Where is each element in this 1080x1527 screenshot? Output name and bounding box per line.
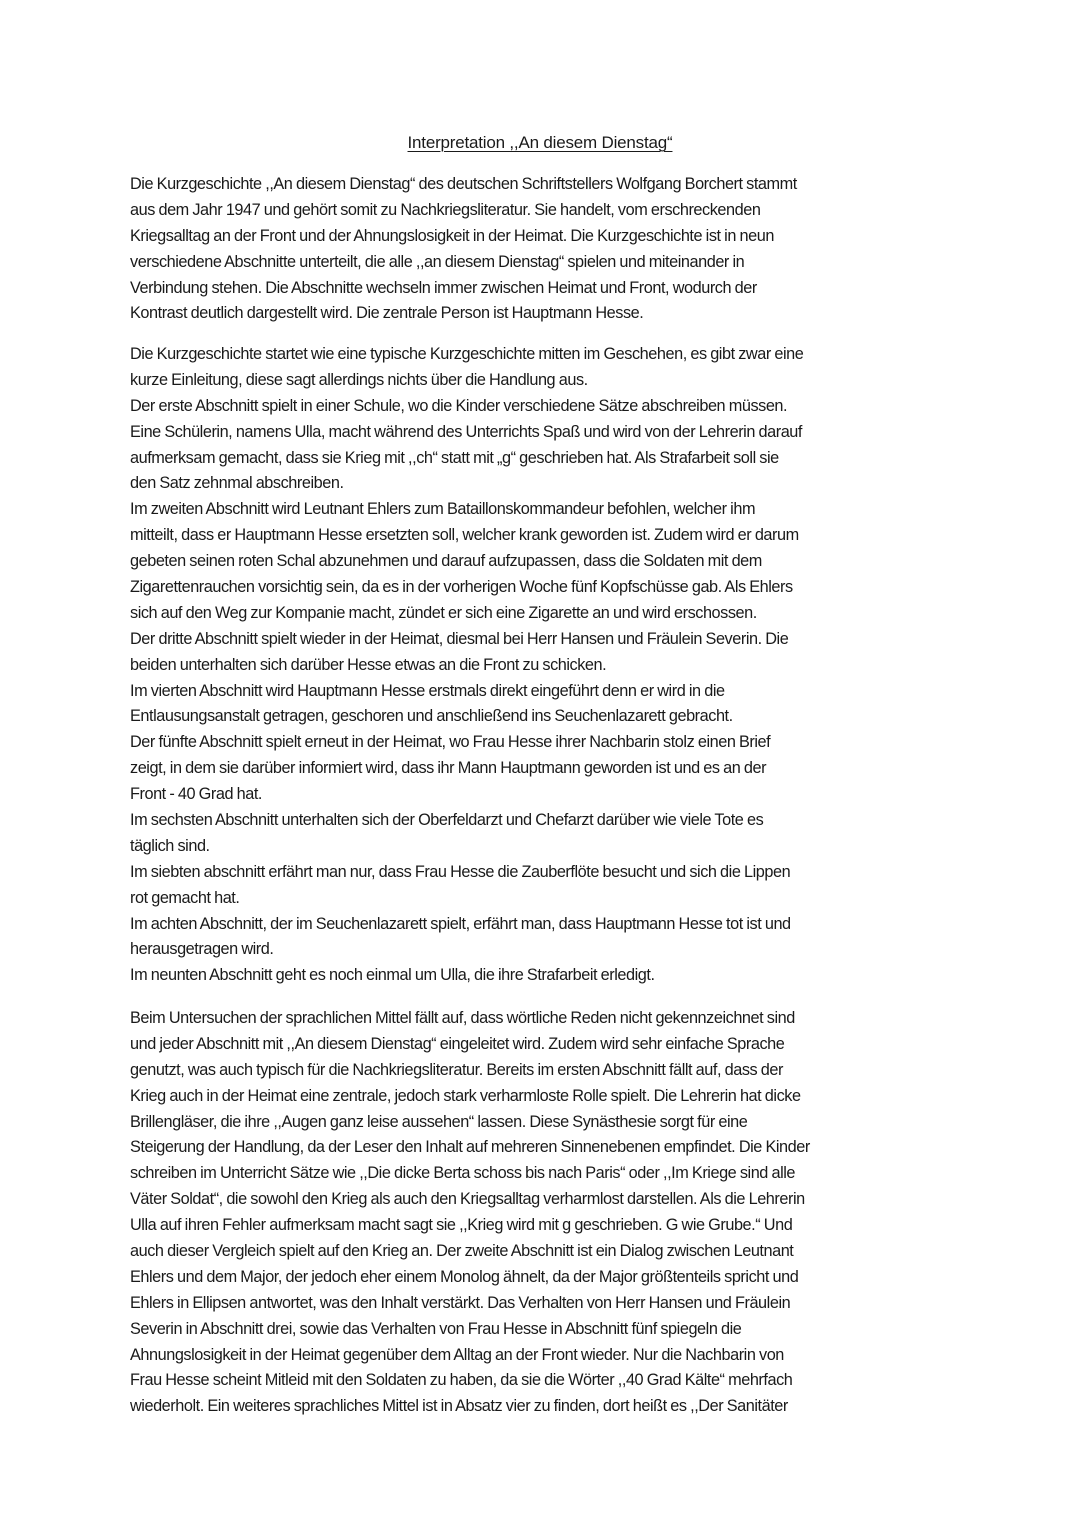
text-line: wiederholt. Ein weiteres sprachliches Mi… (130, 1394, 960, 1420)
text-line: Front - 40 Grad hat. (130, 782, 960, 808)
text-line: Ehlers in Ellipsen antwortet, was den In… (130, 1291, 960, 1317)
text-line: Im achten Abschnitt, der im Seuchenlazar… (130, 912, 960, 938)
text-line: Väter Soldat“, die sowohl den Krieg als … (130, 1187, 960, 1213)
text-line: Die Kurzgeschichte ,,An diesem Dienstag“… (130, 172, 960, 198)
text-line: aus dem Jahr 1947 und gehört somit zu Na… (130, 198, 960, 224)
text-line: Severin in Abschnitt drei, sowie das Ver… (130, 1317, 960, 1343)
paragraph-language-analysis: Beim Untersuchen der sprachlichen Mittel… (130, 1006, 960, 1420)
text-line: aufmerksam gemacht, dass sie Krieg mit ,… (130, 446, 960, 472)
text-line: täglich sind. (130, 834, 960, 860)
text-line: mitteilt, dass er Hauptmann Hesse ersetz… (130, 523, 960, 549)
text-line: Im neunten Abschnitt geht es noch einmal… (130, 963, 960, 989)
text-line: Entlausungsanstalt getragen, geschoren u… (130, 704, 960, 730)
text-line: gebeten seinen roten Schal abzunehmen un… (130, 549, 960, 575)
text-line: Kontrast deutlich dargestellt wird. Die … (130, 301, 960, 327)
text-line: verschiedene Abschnitte unterteilt, die … (130, 250, 960, 276)
document-title-text: Interpretation ,,An diesem Dienstag“ (408, 133, 673, 152)
text-line: beiden unterhalten sich darüber Hesse et… (130, 653, 960, 679)
document-page: Interpretation ,,An diesem Dienstag“ Die… (0, 0, 1080, 1527)
text-line: rot gemacht hat. (130, 886, 960, 912)
text-line: Zigarettenrauchen vorsichtig sein, da es… (130, 575, 960, 601)
text-line: Ahnungslosigkeit in der Heimat gegenüber… (130, 1343, 960, 1369)
paragraph-text: Die Kurzgeschichte ,,An diesem Dienstag“… (130, 172, 960, 327)
text-line: kurze Einleitung, diese sagt allerdings … (130, 368, 960, 394)
text-line: Beim Untersuchen der sprachlichen Mittel… (130, 1006, 960, 1032)
text-line: herausgetragen wird. (130, 937, 960, 963)
text-line: genutzt, was auch typisch für die Nachkr… (130, 1058, 960, 1084)
text-line: Im sechsten Abschnitt unterhalten sich d… (130, 808, 960, 834)
text-line: Der fünfte Abschnitt spielt erneut in de… (130, 730, 960, 756)
text-line: den Satz zehnmal abschreiben. (130, 471, 960, 497)
text-line: auch dieser Vergleich spielt auf den Kri… (130, 1239, 960, 1265)
text-line: Im zweiten Abschnitt wird Leutnant Ehler… (130, 497, 960, 523)
text-line: Der erste Abschnitt spielt in einer Schu… (130, 394, 960, 420)
text-line: Frau Hesse scheint Mitleid mit den Solda… (130, 1368, 960, 1394)
paragraph-text: Beim Untersuchen der sprachlichen Mittel… (130, 1006, 960, 1420)
text-line: Im vierten Abschnitt wird Hauptmann Hess… (130, 679, 960, 705)
text-line: Brillengläser, die ihre ,,Augen ganz lei… (130, 1110, 960, 1136)
text-line: Die Kurzgeschichte startet wie eine typi… (130, 342, 960, 368)
text-line: sich auf den Weg zur Kompanie macht, zün… (130, 601, 960, 627)
text-line: Ehlers und dem Major, der jedoch eher ei… (130, 1265, 960, 1291)
text-line: Steigerung der Handlung, da der Leser de… (130, 1135, 960, 1161)
text-line: Krieg auch in der Heimat eine zentrale, … (130, 1084, 960, 1110)
text-line: schreiben im Unterricht Sätze wie ,,Die … (130, 1161, 960, 1187)
text-line: zeigt, in dem sie darüber informiert wir… (130, 756, 960, 782)
text-line: Ulla auf ihren Fehler aufmerksam macht s… (130, 1213, 960, 1239)
text-line: Der dritte Abschnitt spielt wieder in de… (130, 627, 960, 653)
paragraph-text: Die Kurzgeschichte startet wie eine typi… (130, 342, 960, 989)
text-line: Verbindung stehen. Die Abschnitte wechse… (130, 276, 960, 302)
paragraph-introduction: Die Kurzgeschichte ,,An diesem Dienstag“… (130, 172, 960, 327)
text-line: Eine Schülerin, namens Ulla, macht währe… (130, 420, 960, 446)
text-line: Im siebten abschnitt erfährt man nur, da… (130, 860, 960, 886)
paragraph-plot-summary: Die Kurzgeschichte startet wie eine typi… (130, 342, 960, 989)
document-title: Interpretation ,,An diesem Dienstag“ (0, 131, 1080, 155)
text-line: Kriegsalltag an der Front und der Ahnung… (130, 224, 960, 250)
text-line: und jeder Abschnitt mit ,,An diesem Dien… (130, 1032, 960, 1058)
